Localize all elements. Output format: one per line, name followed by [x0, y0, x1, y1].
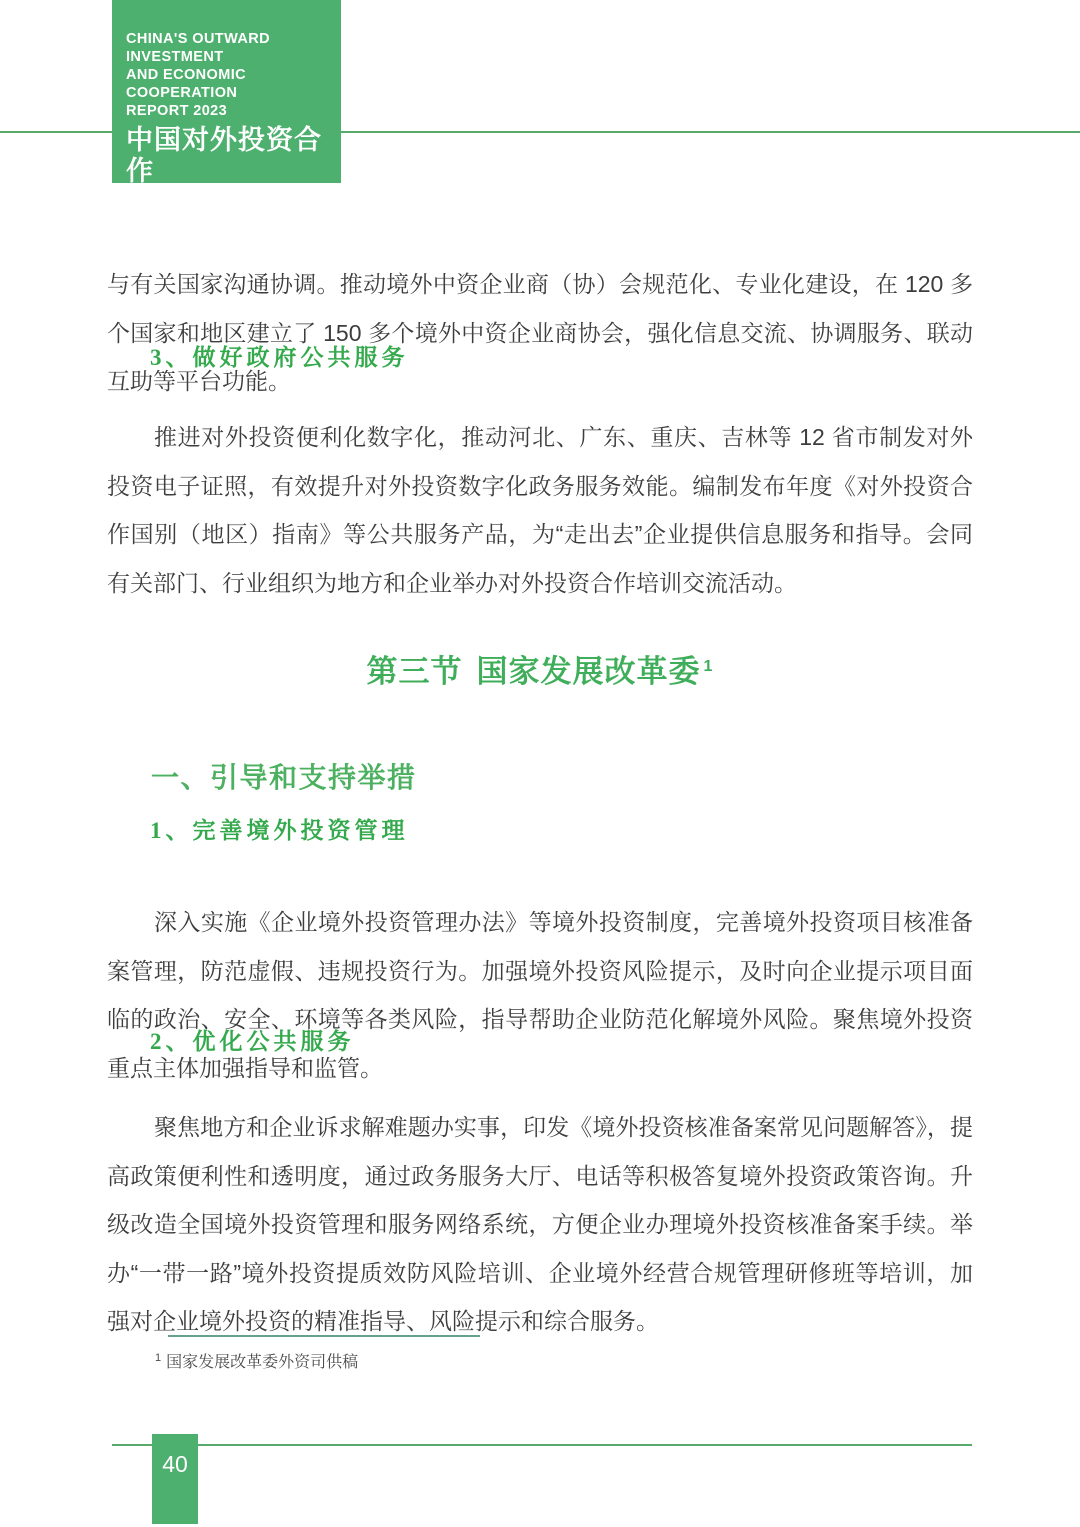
- report-title-english: CHINA'S OUTWARD INVESTMENT AND ECONOMIC …: [126, 30, 341, 120]
- report-header-block: CHINA'S OUTWARD INVESTMENT AND ECONOMIC …: [112, 0, 341, 183]
- subheading-improve-outbound-investment-management: 1、完善境外投资管理: [150, 816, 409, 846]
- footnote: 1国家发展改革委外资司供稿: [155, 1349, 358, 1372]
- page-number-tab: 40: [152, 1434, 198, 1524]
- report-title-en-line3: REPORT 2023: [126, 102, 341, 120]
- paragraph-public-services: 聚焦地方和企业诉求解难题办实事，印发《境外投资核准备案常见问题解答》，提高政策便…: [107, 1103, 973, 1346]
- report-title-cn-line1: 中国对外投资合作: [126, 125, 341, 187]
- footnote-ref: 1: [155, 1352, 161, 1364]
- bottom-divider-line: [112, 1444, 972, 1446]
- footnote-text: 国家发展改革委外资司供稿: [166, 1354, 358, 1371]
- subsection-title-guidance-measures: 一、引导和支持举措: [151, 756, 417, 796]
- report-title-cn-line2: 发展报告: [126, 187, 341, 218]
- subheading-government-public-services: 3、做好政府公共服务: [150, 343, 409, 373]
- footnote-divider-line: [168, 1335, 480, 1337]
- report-title-en-line2: AND ECONOMIC COOPERATION: [126, 66, 341, 102]
- paragraph-digital-facilitation: 推进对外投资便利化数字化，推动河北、广东、重庆、吉林等 12 省市制发对外投资电…: [107, 413, 973, 607]
- subheading-optimize-public-services: 2、优化公共服务: [150, 1027, 355, 1057]
- page-number: 40: [162, 1451, 188, 1477]
- report-page: CHINA'S OUTWARD INVESTMENT AND ECONOMIC …: [0, 0, 1080, 1527]
- section-label: 第三节: [367, 654, 463, 689]
- report-title-chinese: 中国对外投资合作 发展报告: [126, 125, 341, 218]
- section-title: 第三节国家发展改革委1: [0, 646, 1080, 691]
- report-year: 2023: [126, 218, 341, 258]
- section-footnote-ref: 1: [704, 658, 714, 675]
- report-title-en-line1: CHINA'S OUTWARD INVESTMENT: [126, 30, 341, 66]
- paragraph-investment-management: 深入实施《企业境外投资管理办法》等境外投资制度，完善境外投资项目核准备案管理，防…: [107, 898, 973, 1092]
- section-name: 国家发展改革委: [477, 654, 701, 689]
- paragraph-platform-functions: 与有关国家沟通协调。推动境外中资企业商（协）会规范化、专业化建设，在 120 多…: [107, 260, 973, 406]
